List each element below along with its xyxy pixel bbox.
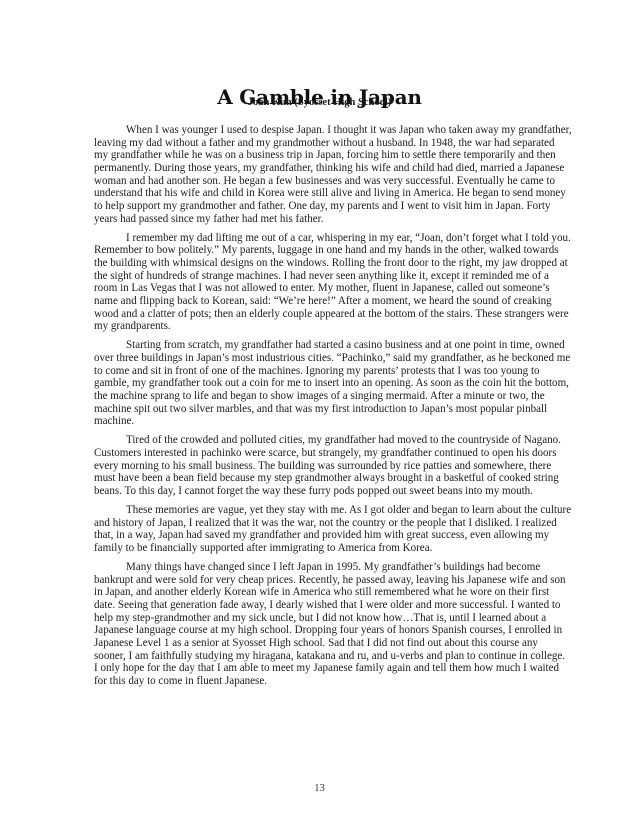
essay-body: When I was younger I used to despise Jap… xyxy=(94,124,549,694)
text-line: every morning to his small business. The… xyxy=(94,460,549,473)
text-line: Remember to bow politely.” My parents, l… xyxy=(94,244,549,257)
text-line: Customers interested in pachinko were sc… xyxy=(94,447,549,460)
text-line: date. Seeing that generation fade away, … xyxy=(94,599,549,612)
text-line: sooner, I am faithfully studying my hira… xyxy=(94,650,549,663)
text-line: Many things have changed since I left Ja… xyxy=(94,561,549,574)
text-line: name and flipping back to Korean, said: … xyxy=(94,295,549,308)
text-line: leaving my dad without a father and my g… xyxy=(94,137,549,150)
text-line: These memories are vague, yet they stay … xyxy=(94,504,549,517)
text-line: years had passed since my father had met… xyxy=(94,213,549,226)
text-line: beans. To this day, I cannot forget the … xyxy=(94,485,549,498)
text-line: help my step-grandmother and my sick unc… xyxy=(94,612,549,625)
text-line: room in Las Vegas that I was not allowed… xyxy=(94,282,549,295)
text-line: my grandfather while he was on a busines… xyxy=(94,149,549,162)
text-line: understand that his wife and child in Ko… xyxy=(94,187,549,200)
text-line: Japanese Level 1 as a senior at Syosset … xyxy=(94,637,549,650)
text-line: Japanese language course at my high scho… xyxy=(94,624,549,637)
text-line: machine spit out two silver marbles, and… xyxy=(94,403,549,416)
text-line: must have been a bean field because my s… xyxy=(94,472,549,485)
text-line: gamble, my grandfather took out a coin f… xyxy=(94,377,549,390)
paragraph: Many things have changed since I left Ja… xyxy=(94,561,549,688)
text-line: to help support my grandmother and fathe… xyxy=(94,200,549,213)
paragraph: These memories are vague, yet they stay … xyxy=(94,504,549,555)
text-line: the machine sprang to life and began to … xyxy=(94,390,549,403)
text-line: machine. xyxy=(94,415,549,428)
text-line: When I was younger I used to despise Jap… xyxy=(94,124,549,137)
paragraph: Tired of the crowded and polluted cities… xyxy=(94,434,549,497)
author-byline: Joan Kim (Syosset High School) xyxy=(0,96,639,110)
text-line: woman and had another son. He began a fe… xyxy=(94,175,549,188)
text-line: to come and sit in front of one of the m… xyxy=(94,365,549,378)
paragraph: Starting from scratch, my grandfather ha… xyxy=(94,339,549,428)
text-line: the building with whimsical designs on t… xyxy=(94,257,549,270)
text-line: in Japan, and another elderly Korean wif… xyxy=(94,586,549,599)
document-page: A Gamble in Japan Joan Kim (Syosset High… xyxy=(0,0,639,828)
text-line: over three buildings in Japan’s most ind… xyxy=(94,352,549,365)
text-line: I remember my dad lifting me out of a ca… xyxy=(94,232,549,245)
page-number: 13 xyxy=(0,783,639,795)
text-line: Starting from scratch, my grandfather ha… xyxy=(94,339,549,352)
text-line: that, in a way, Japan had saved my grand… xyxy=(94,529,549,542)
paragraph: When I was younger I used to despise Jap… xyxy=(94,124,549,225)
text-line: bankrupt and were sold for very cheap pr… xyxy=(94,574,549,587)
text-line: for this day to come in fluent Japanese. xyxy=(94,675,549,688)
text-line: family to be financially supported after… xyxy=(94,542,549,555)
text-line: my grandparents. xyxy=(94,320,549,333)
text-line: and history of Japan, I realized that it… xyxy=(94,517,549,530)
text-line: Tired of the crowded and polluted cities… xyxy=(94,434,549,447)
text-line: permanently. During those years, my gran… xyxy=(94,162,549,175)
text-line: I only hope for the day that I am able t… xyxy=(94,662,549,675)
paragraph: I remember my dad lifting me out of a ca… xyxy=(94,232,549,333)
text-line: the sight of hundreds of strange machine… xyxy=(94,270,549,283)
text-line: wood and a clatter of pots; then an elde… xyxy=(94,308,549,321)
